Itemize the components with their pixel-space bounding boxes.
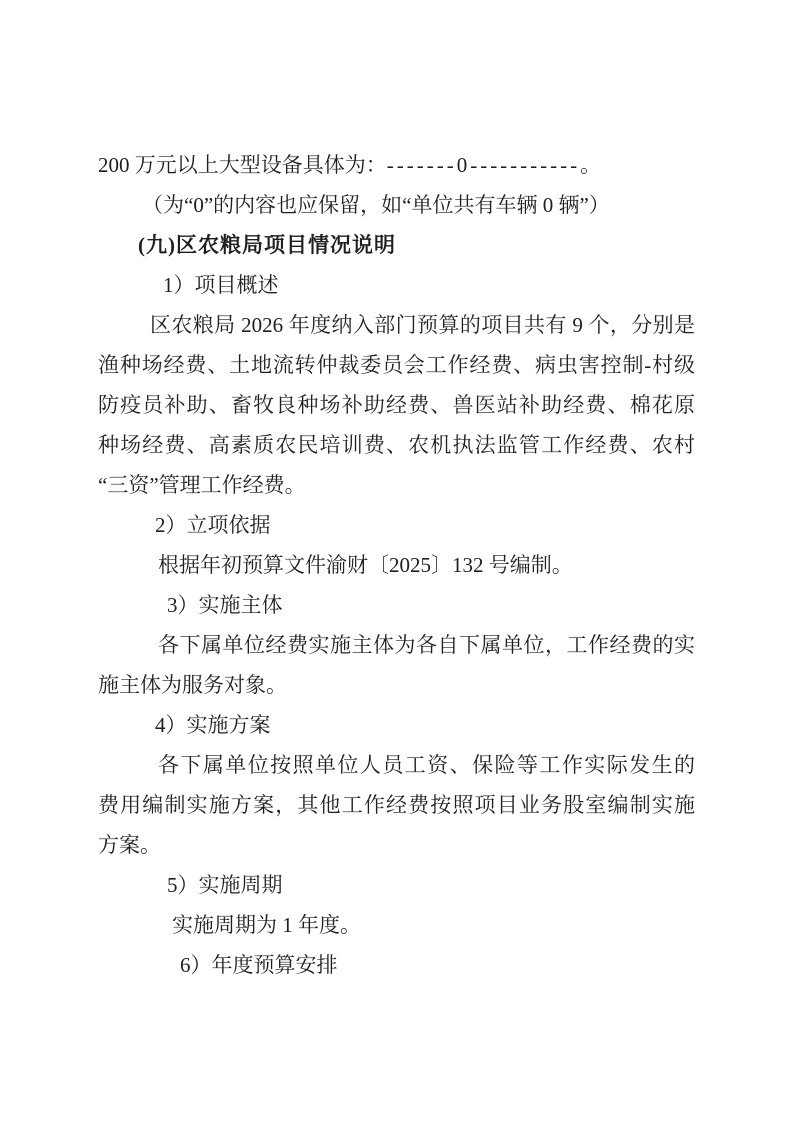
document-page: 200 万元以上大型设备具体为：-------0-----------。 （为“… [0,0,793,1122]
line-note-keep-zero-content: （为“0”的内容也应保留，如“单位共有车辆 0 辆”） [98,185,695,225]
large-equipment-zero-value: -------0-----------。 [387,153,604,177]
paragraph-approval-basis: 根据年初预算文件渝财〔2025〕132 号编制。 [98,545,695,585]
heading-item-5-implementation-period: 5）实施周期 [98,865,695,905]
heading-item-6-annual-budget-arrangement: 6）年度预算安排 [98,945,695,985]
paragraph-overview-line-2: 渔种场经费、土地流转仲裁委员会工作经费、病虫害控制-村级 [98,345,695,385]
heading-section-nine-project-description: (九)区农粮局项目情况说明 [98,225,695,265]
paragraph-overview-line-5: “三资”管理工作经费。 [98,465,695,505]
heading-item-2-approval-basis: 2）立项依据 [98,505,695,545]
heading-item-4-implementation-plan: 4）实施方案 [98,705,695,745]
heading-item-1-project-overview: 1）项目概述 [98,265,695,305]
paragraph-implementation-plan-line-1: 各下属单位按照单位人员工资、保险等工作实际发生的 [98,745,695,785]
paragraph-implementing-entity-line-2: 施主体为服务对象。 [98,665,695,705]
paragraph-implementation-plan-line-3: 方案。 [98,825,695,865]
large-equipment-label: 200 万元以上大型设备具体为： [98,153,387,177]
paragraph-overview-line-1: 区农粮局 2026 年度纳入部门预算的项目共有 9 个，分别是 [98,305,695,345]
paragraph-overview-line-4: 种场经费、高素质农民培训费、农机执法监管工作经费、农村 [98,425,695,465]
paragraph-implementing-entity-line-1: 各下属单位经费实施主体为各自下属单位，工作经费的实 [98,625,695,665]
paragraph-implementation-period: 实施周期为 1 年度。 [98,905,695,945]
line-large-equipment-over-200w: 200 万元以上大型设备具体为：-------0-----------。 [98,145,695,185]
heading-item-3-implementing-entity: 3）实施主体 [98,585,695,625]
paragraph-implementation-plan-line-2: 费用编制实施方案，其他工作经费按照项目业务股室编制实施 [98,785,695,825]
paragraph-overview-line-3: 防疫员补助、畜牧良种场补助经费、兽医站补助经费、棉花原 [98,385,695,425]
